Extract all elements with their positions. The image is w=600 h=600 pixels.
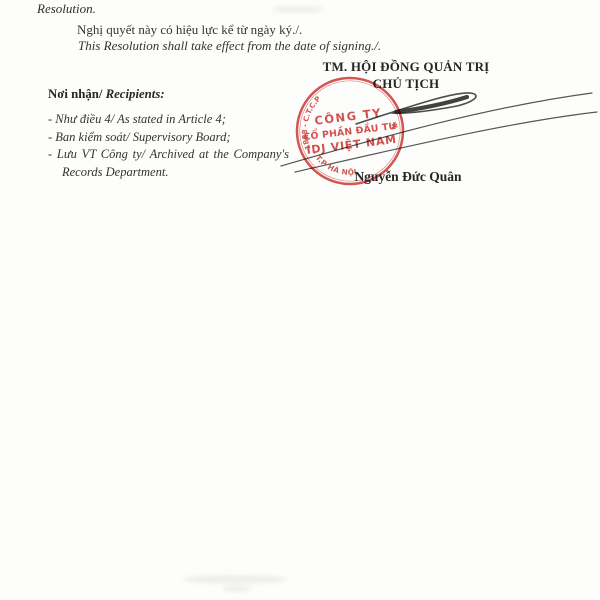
resolution-word: Resolution. (37, 1, 96, 17)
signer-name: Nguyễn Đức Quân (350, 169, 466, 185)
recipient-item: - Lưu VT Công ty/ Archived at the Compan… (48, 146, 289, 181)
effect-clause-vietnamese: Nghị quyết này có hiệu lực kể từ ngày ký… (77, 22, 302, 38)
effect-clause-english: This Resolution shall take effect from t… (78, 38, 381, 54)
recipients-block: Nơi nhận/ Recipients: - Như điều 4/ As s… (48, 87, 289, 181)
recipients-heading-vietnamese: Nơi nhận/ (48, 87, 102, 101)
scan-artifact (272, 6, 324, 13)
recipients-list: - Như điều 4/ As stated in Article 4; - … (48, 111, 289, 181)
recipients-heading: Nơi nhận/ Recipients: (48, 87, 289, 102)
recipients-heading-english: Recipients: (102, 87, 164, 101)
recipient-item: - Ban kiểm soát/ Supervisory Board; (48, 129, 289, 147)
scan-artifact (183, 575, 287, 584)
document-page: Resolution. Nghị quyết này có hiệu lực k… (0, 0, 600, 600)
recipient-item: - Như điều 4/ As stated in Article 4; (48, 111, 289, 129)
scan-artifact (222, 586, 252, 592)
